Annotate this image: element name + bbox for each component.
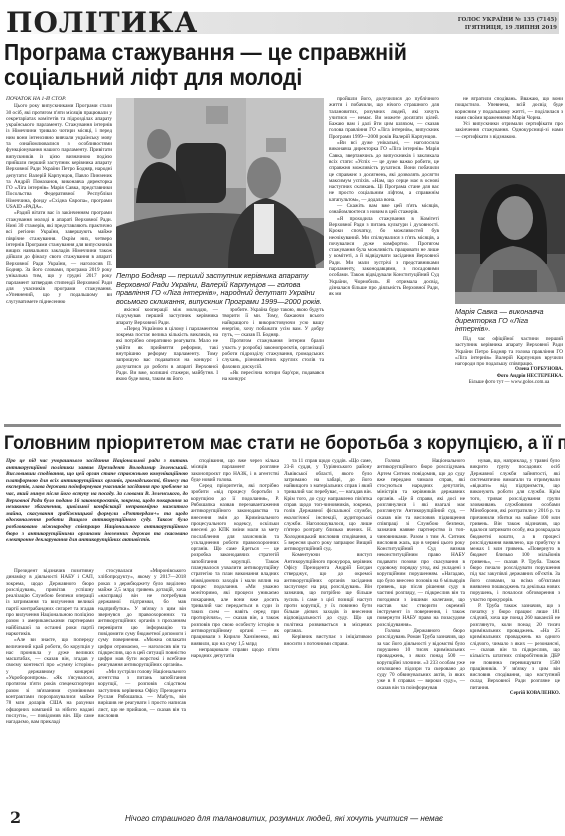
paragraph: Коментуючи виступ Антикорупційного проку… <box>284 552 372 634</box>
paragraph: якісної кооперації між молоддю, — підсум… <box>116 307 218 326</box>
paragraph: «Як пересічна чотири бар'єри, подавався … <box>222 370 324 383</box>
article1-photo-savka <box>455 174 565 304</box>
article2-headline: Головним пріоритетом має стати не бороть… <box>4 433 562 455</box>
article2-column-2: стосувалася «Миронівського хлібопродукту… <box>98 568 186 800</box>
article2-column-1: Президент відзначив позитивну динаміку в… <box>6 568 94 800</box>
section-title: ПОЛІТИКА <box>6 8 198 38</box>
paragraph: «Радий вітати вас із закінченням програм… <box>6 210 112 304</box>
paragraph: сподівання, що вже через кілька місяців … <box>191 458 279 483</box>
paragraph: Р. Труба також зазначив, що з початку у … <box>470 603 560 691</box>
paragraph: та 11 справ щодо суддів. «Що саме, 23-й … <box>284 458 372 552</box>
footer-slogan: Нічого страшного для талановитих, розумн… <box>125 814 443 823</box>
paragraph: пройшли його, долучилися до публічного ж… <box>329 96 439 140</box>
issue-info: ГОЛОС УКРАЇНИ № 135 (7145) П'ЯТНИЦЯ, 19 … <box>458 16 557 32</box>
photo-image <box>116 98 324 268</box>
paragraph: Під час офіційної частини перший заступн… <box>455 336 563 367</box>
paragraph: Голова Національного антикорупційного бю… <box>377 458 465 628</box>
paragraph: Голова Державного бюро розслідувань Рома… <box>377 628 465 691</box>
paragraph: Усі випускники отримали сертифікати про … <box>455 121 563 140</box>
article1-photo2-caption: Марія Савка — виконавча директорка ГО «Л… <box>455 308 563 334</box>
article1-photo-caption: Петро Бодняр — перший заступник керівник… <box>116 272 324 306</box>
continued-from-kicker: ПОЧАТОК НА 1-Й СТОР. <box>6 96 112 102</box>
photo-image <box>455 174 565 304</box>
article2-column-3: сподівання, що вже через кілька місяців … <box>191 458 279 800</box>
paragraph: Серед пріоритетів, які потрібно зробити … <box>191 483 279 647</box>
article1-column-6: Під час офіційної частини перший заступн… <box>455 336 563 420</box>
article1-column-3: зробите. Україна буде такою, якою будуть… <box>222 307 324 419</box>
paragraph: Протягом стажування інтерни брали участь… <box>222 338 324 369</box>
paragraph: Керівник виступає з ініціативою вносити … <box>284 634 372 647</box>
author-byline: Сергій КОВАЛЕНКО. <box>470 691 560 697</box>
article2-column-4: та 11 справ щодо суддів. «Що саме, 23-й … <box>284 458 372 800</box>
page-number: 2 <box>10 808 21 827</box>
article1-column-2: якісної кооперації між молоддю, — підсум… <box>116 307 218 419</box>
paragraph: непрацювали справи щодо п'яти народних д… <box>191 647 279 660</box>
paragraph: Цього року випускниками Програми стали 3… <box>6 103 112 210</box>
article1-column-4: пройшли його, долучилися до публічного ж… <box>329 96 439 418</box>
issue-date: П'ЯТНИЦЯ, 19 ЛИПНЯ 2019 <box>458 24 557 32</box>
paragraph: «Перед Україною в цілому і парламентом з… <box>116 326 218 383</box>
newspaper-issue: ГОЛОС УКРАЇНИ № 135 (7145) <box>458 16 557 24</box>
paragraph: «Ви всі дуже унікальні, — наголосила вик… <box>329 140 439 203</box>
paragraph: — Скажіть вам вже цей п'ять місяців, озн… <box>329 203 439 216</box>
article2-column-5: Голова Національного антикорупційного бю… <box>377 458 465 800</box>
more-photos-link[interactable]: Більше фото тут — www.golos.com.ua <box>455 380 563 386</box>
article1-headline: Програма стажування — це справжній соціа… <box>4 40 464 90</box>
paragraph: «Я проходила стажування в Комітеті Верхо… <box>329 216 439 298</box>
article1-column-5: не втратили сподівань. Вважаю, що вони п… <box>455 96 563 170</box>
paragraph: зробите. Україна буде такою, якою будуть… <box>222 307 324 338</box>
paragraph: стосувалася «Миронівського хлібопродукту… <box>98 568 186 669</box>
article1-photo-officials <box>116 98 324 268</box>
article2-lede: Про це під час учорашнього засідання Нац… <box>6 458 188 544</box>
paragraph: нував, що, наприклад, у травні було викр… <box>470 458 560 603</box>
article1-column-1: ПОЧАТОК НА 1-Й СТОР. Цього року випускни… <box>6 96 112 418</box>
paragraph: «Але ви знаєте, що попереду величезний к… <box>6 637 94 725</box>
paragraph: Президент відзначив позитивну динаміку в… <box>6 568 94 637</box>
article2-column-6: нував, що, наприклад, у травні було викр… <box>470 458 560 800</box>
section-divider <box>4 424 561 427</box>
paragraph: не втратили сподівань. Вважаю, що вони п… <box>455 96 563 121</box>
paragraph: «Ми зустріли голову Національного агентс… <box>98 669 186 719</box>
